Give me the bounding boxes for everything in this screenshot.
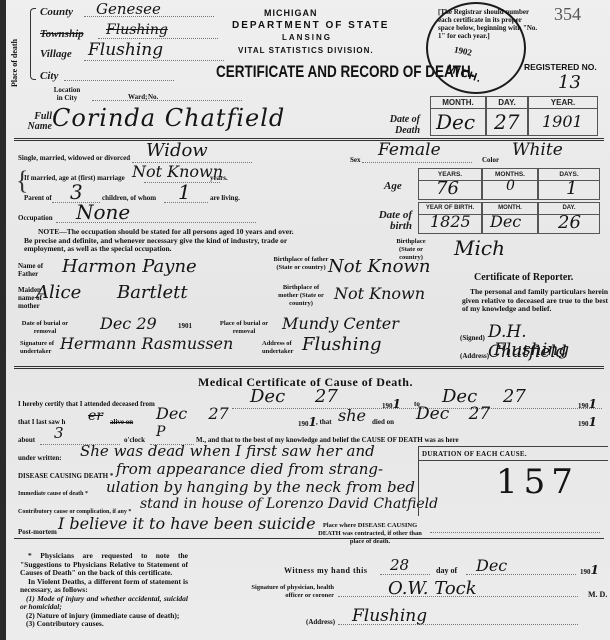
father-birthplace-value: Not Known: [328, 256, 430, 277]
city-label: City: [40, 70, 58, 82]
mother-birthplace-value: Not Known: [334, 284, 425, 303]
ward-label: Ward;: [128, 93, 147, 101]
city-heading: LANSING: [282, 33, 332, 42]
physician-address-label: (Address): [306, 618, 335, 626]
city-line: [64, 80, 174, 81]
dod-header-line: [430, 108, 598, 109]
township-line: [98, 38, 218, 39]
age-months-value: 0: [506, 178, 515, 194]
section-divider-3: [14, 538, 604, 539]
reporter-address-value: Flushing: [494, 340, 569, 360]
dob-day-value: 26: [558, 212, 581, 233]
years-suffix: years.: [210, 174, 228, 182]
place-brace: [30, 8, 36, 80]
father-name-value: Harmon Payne: [62, 256, 197, 277]
witness-year-prefix: 190: [580, 568, 591, 576]
marital-status-value: Widow: [146, 140, 208, 161]
ampm-value: P: [156, 424, 165, 440]
attended-from-year-digit: 1: [393, 397, 401, 411]
no-label: No.: [148, 93, 158, 101]
place-of-death-side-label: Place of death: [10, 18, 22, 108]
burial-year: 1901: [178, 322, 192, 330]
state-heading: MICHIGAN: [264, 8, 318, 18]
that-label: , that: [316, 418, 332, 426]
immediate-cause-label: Immediate cause of death *: [18, 490, 88, 498]
age-years-value: 76: [436, 178, 459, 199]
parent-of-label: Parent of: [24, 194, 52, 202]
father-birthplace-label: Birthplace of father (State or country): [272, 256, 330, 272]
sex-label: Sex: [350, 156, 361, 164]
reporter-address-label: (Address): [460, 352, 489, 360]
dod-year-header: YEAR.: [528, 98, 598, 107]
village-line: [84, 60, 224, 61]
attended-to-year-prefix: 190: [578, 402, 589, 410]
postmortem-label: Post-mortem: [18, 528, 57, 536]
father-name-label: Name of Father: [18, 262, 52, 278]
village-label: Village: [40, 48, 72, 60]
occupation-label: Occupation: [18, 214, 53, 222]
page-number: 354: [554, 4, 581, 25]
township-label: Township: [40, 28, 84, 40]
underwritten-value: She was dead when I first saw her and: [80, 442, 375, 460]
village-value: Flushing: [88, 40, 163, 60]
contributory-value: stand in house of Lorenzo David Chatfiel…: [140, 496, 438, 512]
dod-day-value: 27: [494, 110, 519, 134]
underwritten-label: under written:: [18, 454, 62, 462]
died-on-year-prefix: 190: [578, 420, 589, 428]
location-line: [92, 100, 242, 101]
physician-note-item3: (3) Contributory causes.: [20, 620, 188, 629]
registrar-note: [The Registrar should number each certif…: [438, 8, 538, 40]
burial-place-value: Mundy Center: [282, 314, 399, 333]
physician-note-line1: * Physicians are requested to note the "…: [20, 552, 188, 578]
died-on-label: died on: [372, 418, 394, 426]
hour-value: 3: [54, 424, 64, 442]
dob-month-header: MONTH.: [482, 205, 538, 211]
physician-address-value: Flushing: [352, 606, 427, 626]
age-label: Age: [384, 180, 402, 192]
witness-day-value: 28: [390, 556, 409, 574]
living-count-value: 1: [178, 180, 191, 204]
date-of-birth-label: Date of birth: [372, 210, 412, 232]
burial-date-value: Dec 29: [100, 314, 157, 333]
sex-line: [362, 162, 472, 163]
alive-on-label: alive on: [110, 418, 133, 426]
color-value: White: [512, 140, 563, 160]
place-contracted-label: Place where DISEASE CAUSING DEATH was co…: [318, 522, 422, 546]
color-label: Color: [482, 156, 499, 164]
duration-header: DURATION OF EACH CAUSE.: [422, 450, 527, 458]
duration-header-line: [418, 460, 608, 461]
mother-maiden-name-value: Alice Bartlett: [36, 282, 188, 303]
full-name-label: Full Name: [18, 112, 52, 132]
section-divider-2: [14, 366, 604, 369]
mother-birthplace-label: Birthplace of mother (State or country): [272, 284, 330, 308]
department-heading: DEPARTMENT OF STATE: [232, 20, 389, 31]
full-name-label-text: Full Name: [18, 112, 52, 132]
marital-status-label: Single, married, widowed or divorced: [18, 154, 130, 162]
pronoun-value: she: [338, 406, 366, 425]
reporter-signed-label: (Signed): [460, 334, 485, 342]
witness-year: 1901: [580, 566, 599, 576]
attended-from-year: 1901: [382, 400, 401, 410]
last-saw-her: er: [88, 408, 103, 424]
died-on-year: 1901: [578, 418, 597, 428]
disease-value: from appearance died from strang-: [116, 460, 383, 478]
registered-no-label: REGISTERED NO.: [524, 62, 597, 72]
dob-year-header: YEAR OF BIRTH.: [418, 205, 482, 211]
witness-month-value: Dec: [476, 556, 507, 575]
full-name-value: Corinda Chatfield: [52, 104, 285, 132]
postmortem-value: I believe it to have been suicide: [58, 514, 316, 533]
undertaker-signature-value: Hermann Rasmussen: [60, 334, 233, 353]
witness-day-line: [380, 574, 430, 575]
witness-label: Witness my hand this: [284, 566, 367, 575]
living-label: are living.: [210, 194, 240, 202]
died-on-year-digit: 1: [589, 415, 597, 429]
age-days-value: 1: [566, 178, 577, 199]
physician-note-line2: In Violent Deaths, a different form of s…: [20, 578, 188, 595]
about-label: about: [18, 436, 35, 444]
attended-from-year-prefix: 190: [382, 402, 393, 410]
dod-day-header: DAY.: [486, 98, 528, 107]
day-of-label: day of: [436, 566, 457, 575]
dob-year-value: 1825: [430, 212, 471, 231]
attended-prefix: I hereby certify that I attended decease…: [18, 400, 155, 408]
witness-year-digit: 1: [591, 563, 599, 577]
sex-value: Female: [378, 140, 441, 160]
registered-no-value: 13: [558, 72, 581, 93]
occupation-note: NOTE—The occupation should be stated for…: [24, 228, 296, 254]
reporter-title: Certificate of Reporter.: [474, 272, 573, 283]
md-label: M. D.: [588, 590, 607, 599]
county-value: Genesee: [96, 0, 161, 18]
division-heading: VITAL STATISTICS DIVISION.: [238, 46, 374, 55]
attended-to-year-digit: 1: [589, 397, 597, 411]
physician-signature-value: O.W. Tock: [388, 578, 477, 599]
dob-month-value: Dec: [490, 212, 521, 231]
place-contracted-line: [430, 532, 600, 533]
township-value: Flushing: [106, 22, 168, 38]
county-label: County: [40, 6, 73, 18]
dod-month-header: MONTH.: [430, 98, 486, 107]
dod-year-value: 1901: [542, 112, 583, 131]
reporter-text: The personal and family particulars here…: [462, 288, 608, 314]
duration-value: 157: [496, 462, 579, 502]
disease-label: DISEASE CAUSING DEATH *: [18, 472, 113, 480]
dob-day-header: DAY.: [538, 205, 600, 211]
immediate-cause-value: ulation by hanging by the neck from bed: [106, 478, 415, 496]
physician-note: * Physicians are requested to note the "…: [20, 552, 188, 629]
date-of-death-label: Date of Death: [380, 114, 420, 136]
physician-signature-label: Signature of physician, health officer o…: [236, 584, 334, 600]
attended-to-year: 1901: [578, 400, 597, 410]
physician-note-item1: (1) Mode of injury and whether accidenta…: [20, 595, 188, 612]
occupation-value: None: [76, 200, 130, 224]
last-saw-value: Dec 27: [156, 404, 229, 423]
location-in-city-label: Location in City: [50, 86, 84, 102]
died-on-value: Dec 27: [416, 404, 490, 424]
attended-from-value: Dec 27: [250, 386, 338, 407]
last-saw-year-prefix: 190: [298, 420, 309, 428]
last-saw-year: 1901: [298, 418, 317, 428]
death-certificate: Place of death County Genesee Township F…: [0, 0, 610, 640]
dod-month-value: Dec: [436, 110, 475, 134]
undertaker-address-value: Flushing: [302, 334, 382, 355]
birthplace-value: Mich: [454, 236, 505, 260]
